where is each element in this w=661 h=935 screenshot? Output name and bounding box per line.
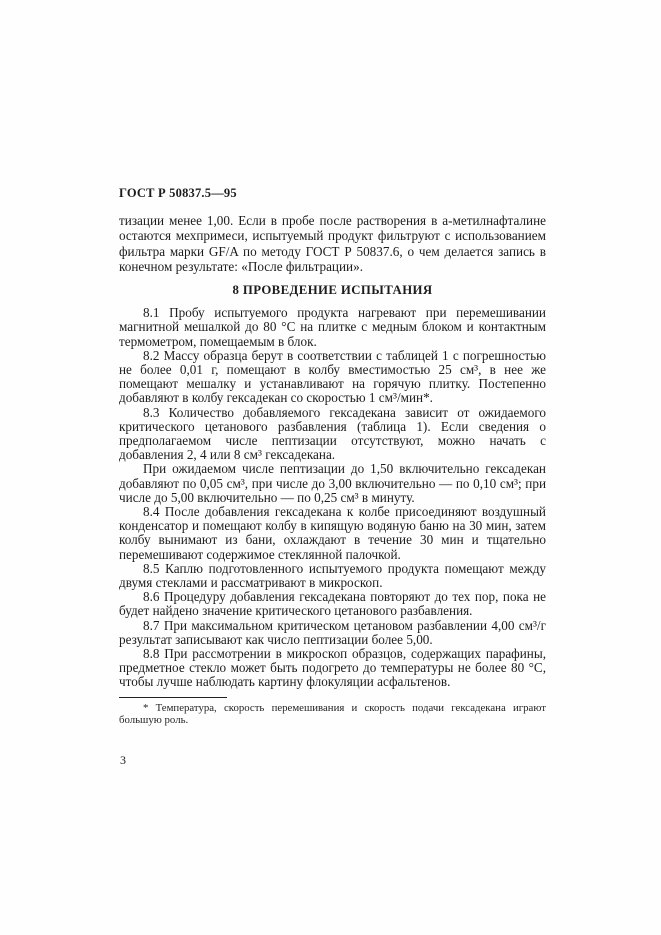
paragraph-8-3-continued: При ожидаемом числе пептизации до 1,50 в… bbox=[119, 462, 546, 505]
page-number: 3 bbox=[120, 753, 546, 768]
paragraph-8-7: 8.7 При максимальном критическом цетанов… bbox=[119, 619, 546, 647]
paragraph-8-4: 8.4 После добавления гексадекана к колбе… bbox=[119, 505, 546, 562]
document-code-header: ГОСТ Р 50837.5—95 bbox=[119, 186, 546, 201]
continuation-paragraph: тизации менее 1,00. Если в пробе после р… bbox=[119, 213, 546, 274]
paragraph-8-8: 8.8 При рассмотрении в микроскоп образцо… bbox=[119, 647, 546, 690]
footnote-separator-rule bbox=[119, 697, 227, 698]
page-text-block: ГОСТ Р 50837.5—95 тизации менее 1,00. Ес… bbox=[119, 186, 546, 768]
section-8-title: 8 ПРОВЕДЕНИЕ ИСПЫТАНИЯ bbox=[119, 283, 546, 298]
paragraph-8-6: 8.6 Процедуру добавления гексадекана пов… bbox=[119, 590, 546, 618]
footnote-text: * Температура, скорость перемешивания и … bbox=[119, 702, 546, 727]
paragraph-8-2: 8.2 Массу образца берут в соответствии с… bbox=[119, 349, 546, 406]
paragraph-8-3: 8.3 Количество добавляемого гексадекана … bbox=[119, 406, 546, 463]
scanned-document-page: { "page": { "doc_code": "ГОСТ Р 50837.5—… bbox=[0, 0, 661, 935]
paragraph-8-5: 8.5 Каплю подготовленного испытуемого пр… bbox=[119, 562, 546, 590]
paragraph-8-1: 8.1 Пробу испытуемого продукта нагревают… bbox=[119, 306, 546, 349]
